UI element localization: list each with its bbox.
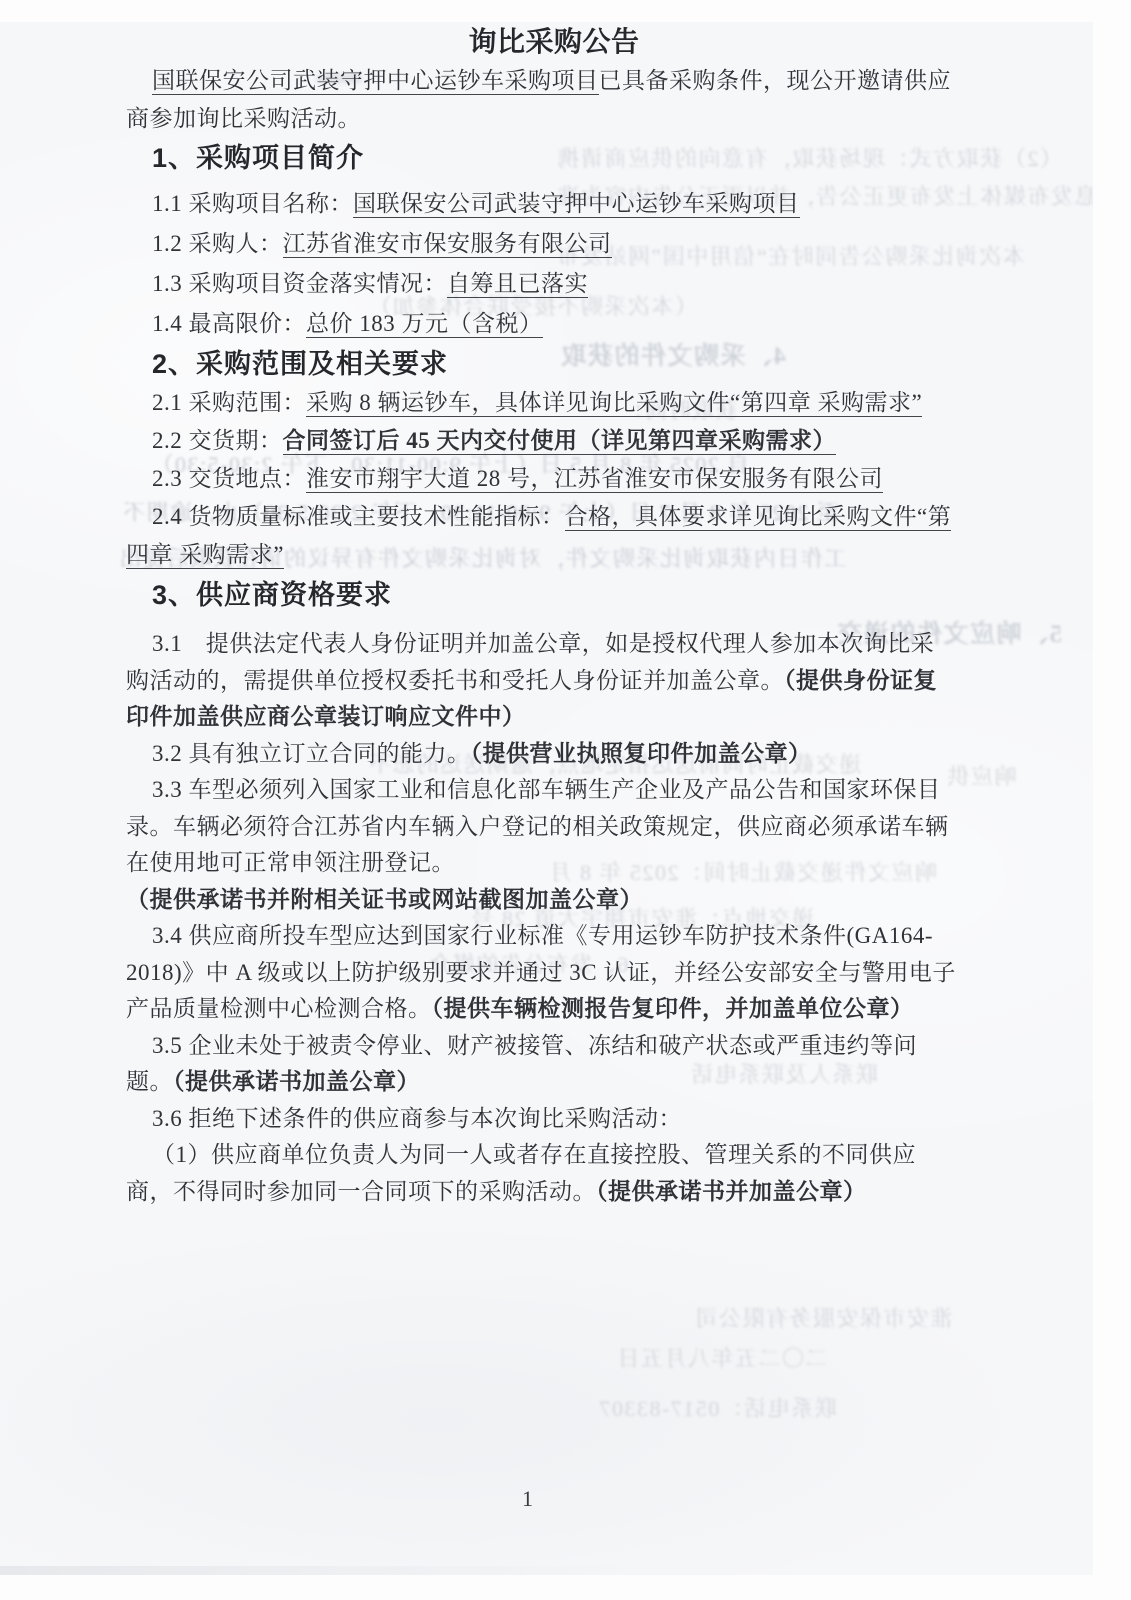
section-heading-1: 1、采购项目简介: [126, 138, 956, 178]
section-2-items: 2.1 采购范围：采购 8 辆运钞车，具体详见询比采购文件“第四章 采购需求” …: [126, 384, 956, 574]
scanned-document: { "document": { "title": "询比采购公告", "page…: [0, 0, 1131, 1600]
item-1-2: 1.2 采购人：江苏省淮安市保安服务有限公司: [126, 224, 956, 264]
bleedthrough-line: 响应供: [946, 760, 1017, 791]
bleedthrough-line: 淮安市保安服务有限公司: [694, 1302, 953, 1333]
intro-paragraph: 国联保安公司武装守押中心运钞车采购项目已具备采购条件，现公开邀请供应商参加询比采…: [126, 62, 956, 138]
section-heading-3: 3、供应商资格要求: [126, 574, 956, 616]
item-3-2: 3.2 具有独立订立合同的能力。（提供营业执照复印件加盖公章）: [126, 736, 956, 773]
bleedthrough-line: 二〇二五年八月五日: [616, 1342, 828, 1373]
item-3-1: 3.1 提供法定代表人身份证明并加盖公章，如是授权代理人参加本次询比采购活动的，…: [126, 626, 956, 736]
item-3-4: 3.4 供应商所投车型应达到国家行业标准《专用运钞车防护技术条件(GA164-2…: [126, 918, 956, 1028]
item-2-2: 2.2 交货期：合同签订后 45 天内交付使用（详见第四章采购需求）: [126, 422, 956, 460]
bleedthrough-line: 联系电话：0517-83307: [598, 1392, 837, 1423]
intro-project-name: 国联保安公司武装守押中心运钞车采购项目: [152, 68, 599, 95]
item-1-1: 1.1 采购项目名称：国联保安公司武装守押中心运钞车采购项目: [126, 184, 956, 224]
item-3-5: 3.5 企业未处于被责令停业、财产被接管、冻结和破产状态或严重违约等问题。（提供…: [126, 1028, 956, 1101]
document-title: 询比采购公告: [126, 22, 956, 62]
scanned-page: （2）获取方式：现场获取，有意向的供应商请携息发布媒体上发布更正公告，并以更正公…: [0, 22, 1093, 1575]
item-1-4: 1.4 最高限价：总价 183 万元（含税）: [126, 304, 956, 344]
item-3-6-sub-1: （1）供应商单位负责人为同一人或者存在直接控股、管理关系的不同供应商，不得同时参…: [126, 1137, 956, 1210]
section-heading-2: 2、采购范围及相关要求: [126, 344, 956, 384]
section-3-items: 3.1 提供法定代表人身份证明并加盖公章，如是授权代理人参加本次询比采购活动的，…: [126, 626, 956, 1210]
item-2-3: 2.3 交货地点：淮安市翔宇大道 28 号，江苏省淮安市保安服务有限公司: [126, 460, 956, 498]
item-2-1: 2.1 采购范围：采购 8 辆运钞车，具体详见询比采购文件“第四章 采购需求”: [126, 384, 956, 422]
item-3-6: 3.6 拒绝下述条件的供应商参与本次询比采购活动：: [126, 1101, 956, 1138]
item-1-3: 1.3 采购项目资金落实情况：自筹且已落实: [126, 264, 956, 304]
page-number: 1: [0, 1486, 1055, 1512]
item-3-3: 3.3 车型必须列入国家工业和信息化部车辆生产企业及产品公告和国家环保目录。车辆…: [126, 772, 956, 918]
page-content: 询比采购公告 国联保安公司武装守押中心运钞车采购项目已具备采购条件，现公开邀请供…: [126, 22, 956, 1210]
item-2-4: 2.4 货物质量标准或主要技术性能指标：合格，具体要求详见询比采购文件“第四章 …: [126, 498, 956, 574]
section-1-items: 1.1 采购项目名称：国联保安公司武装守押中心运钞车采购项目 1.2 采购人：江…: [126, 184, 956, 344]
